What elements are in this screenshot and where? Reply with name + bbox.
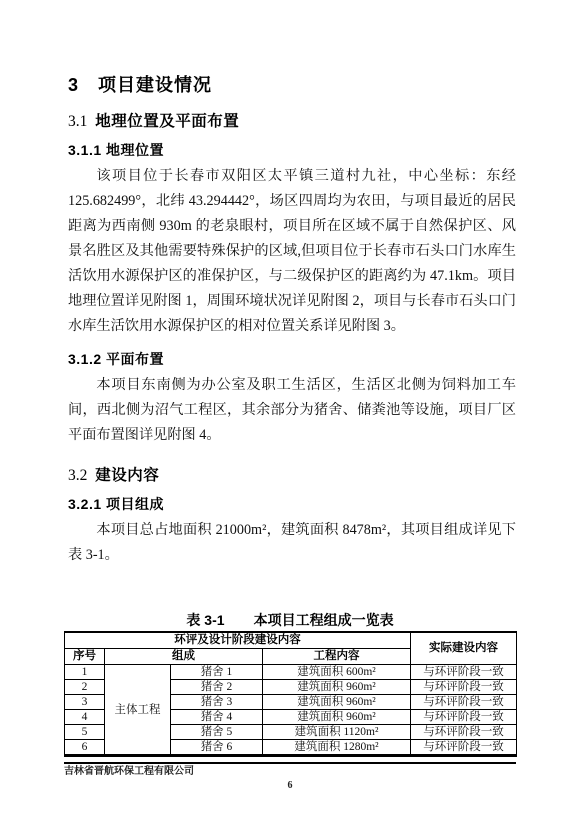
cell-content: 建筑面积 960m² (263, 695, 411, 710)
cell-actual: 与环评阶段一致 (411, 680, 517, 695)
cell-item: 猪舍 4 (171, 710, 263, 725)
cell-no: 5 (65, 725, 105, 740)
heading-3-1-1: 3.1.1 地理位置 (68, 143, 516, 157)
heading-3-2: 3.2 建设内容 (68, 468, 516, 484)
table-header-composition: 组成 (105, 649, 263, 665)
table-header-stage-group: 环评及设计阶段建设内容 (65, 632, 411, 649)
heading-3-1-title: 地理位置及平面布置 (95, 113, 239, 130)
document-page: 3 项目建设情况 3.1 地理位置及平面布置 3.1.1 地理位置 该项目位于长… (0, 0, 580, 825)
heading-3-2-title: 建设内容 (95, 467, 159, 484)
table-caption: 表 3-1 本项目工程组成一览表 (64, 612, 516, 628)
page-number: 6 (64, 780, 516, 792)
cell-category: 主体工程 (105, 665, 171, 756)
cell-actual: 与环评阶段一致 (411, 710, 517, 725)
heading-section-3: 3 项目建设情况 (68, 76, 516, 94)
cell-no: 6 (65, 740, 105, 756)
heading-3-2-1: 3.2.1 项目组成 (68, 497, 516, 511)
cell-content: 建筑面积 960m² (263, 680, 411, 695)
heading-3-1: 3.1 地理位置及平面布置 (68, 114, 516, 130)
cell-item: 猪舍 6 (171, 740, 263, 756)
table-header-row-1: 环评及设计阶段建设内容 实际建设内容 (65, 632, 517, 649)
para-geographic-location: 该项目位于长春市双阳区太平镇三道村九社，中心坐标：东经 125.682499°，… (68, 164, 516, 339)
cell-item: 猪舍 3 (171, 695, 263, 710)
heading-3-1-number: 3.1 (68, 113, 87, 130)
cell-actual: 与环评阶段一致 (411, 665, 517, 680)
cell-item: 猪舍 5 (171, 725, 263, 740)
table-caption-title: 本项目工程组成一览表 (254, 612, 394, 628)
heading-3-2-number: 3.2 (68, 467, 87, 484)
cell-actual: 与环评阶段一致 (411, 695, 517, 710)
cell-item: 猪舍 1 (171, 665, 263, 680)
table-header-actual: 实际建设内容 (411, 632, 517, 665)
cell-actual: 与环评阶段一致 (411, 725, 517, 740)
cell-no: 4 (65, 710, 105, 725)
table-header-no: 序号 (65, 649, 105, 665)
cell-no: 1 (65, 665, 105, 680)
cell-no: 2 (65, 680, 105, 695)
cell-content: 建筑面积 960m² (263, 710, 411, 725)
para-plane-layout: 本项目东南侧为办公室及职工生活区，生活区北侧为饲料加工车间，西北侧为沼气工程区，… (68, 373, 516, 448)
table-header-content: 工程内容 (263, 649, 411, 665)
table-caption-label: 表 3-1 (186, 612, 224, 628)
page-footer: 吉林省晋航环保工程有限公司 6 (64, 762, 516, 792)
cell-content: 建筑面积 1280m² (263, 740, 411, 756)
cell-actual: 与环评阶段一致 (411, 740, 517, 756)
project-composition-table: 环评及设计阶段建设内容 实际建设内容 序号 组成 工程内容 1 主体工程 猪舍 … (64, 631, 517, 757)
cell-content: 建筑面积 600m² (263, 665, 411, 680)
cell-no: 3 (65, 695, 105, 710)
para-project-composition: 本项目总占地面积 21000m²，建筑面积 8478m²，其项目组成详见下表 3… (68, 518, 516, 568)
heading-3-1-2: 3.1.2 平面布置 (68, 352, 516, 366)
table-row: 1 主体工程 猪舍 1 建筑面积 600m² 与环评阶段一致 (65, 665, 517, 680)
cell-content: 建筑面积 1120m² (263, 725, 411, 740)
footer-company-name: 吉林省晋航环保工程有限公司 (64, 766, 516, 778)
cell-item: 猪舍 2 (171, 680, 263, 695)
